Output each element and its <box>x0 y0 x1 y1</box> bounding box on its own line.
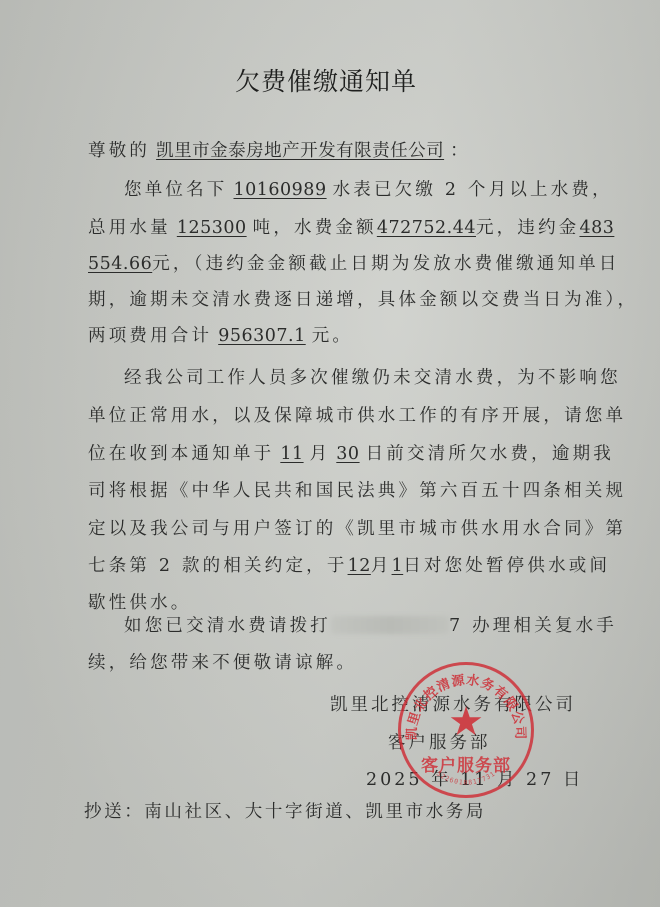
text: 水表已欠缴 2 个月以上水费， <box>333 180 613 200</box>
total-amount: 956307.1 <box>212 326 312 346</box>
text: 日前交清所欠水费，逾期我 <box>366 444 614 464</box>
text: 日对您处暂停供水或间 <box>403 556 610 576</box>
para1-line2: 总用水量125300吨，水费金额472752.44元，违约金483 <box>88 214 614 239</box>
penalty-amount-part2: 554.66 <box>88 254 152 274</box>
document-title: 欠费催缴通知单 <box>0 62 652 98</box>
text: 您单位名下 <box>124 180 228 200</box>
para3-line1: 如您已交清水费请拨打7 办理相关复水手 <box>124 612 617 637</box>
cc-recipients: 抄送：南山社区、大十字街道、凯里市水务局 <box>84 798 486 823</box>
text: 位在收到本通知单于 <box>88 444 274 464</box>
penalty-amount-part1: 483 <box>579 218 614 238</box>
suspend-month: 12 <box>348 556 371 576</box>
seal-center-text: 客户服务部 <box>401 751 531 776</box>
text: 两项费用合计 <box>88 326 212 346</box>
para2-line4: 司将根据《中华人民共和国民法典》第六百五十四条相关规 <box>88 477 626 502</box>
official-seal: 凯里北控清源水务有限公司 5226018817731 ★ 客户服务部 <box>398 662 534 798</box>
phone-tail: 7 <box>449 616 463 636</box>
para1-line5: 两项费用合计956307.1元。 <box>88 322 353 347</box>
text: 如您已交清水费请拨打 <box>124 616 331 636</box>
text: 七条第 2 款的相关约定，于 <box>88 556 348 576</box>
para2-line5: 定以及我公司与用户签订的《凯里市城市供水用水合同》第 <box>88 515 626 540</box>
text: 元，（违约金金额截止日期为发放水费催缴通知单日 <box>152 254 619 274</box>
salutation-suffix: ： <box>450 141 471 161</box>
recipient-name: 凯里市金泰房地产开发有限责任公司 <box>150 141 450 161</box>
text: 元。 <box>312 326 353 346</box>
para1-line4: 期，逾期未交清水费逐日递增，具体金额以交费当日为准）， <box>88 286 638 311</box>
text: 办理相关复水手 <box>472 616 617 636</box>
redacted-phone-number <box>331 616 449 634</box>
deadline-month: 11 <box>274 444 309 464</box>
salutation: 尊敬的凯里市金泰房地产开发有限责任公司： <box>88 137 471 162</box>
para2-line1: 经我公司工作人员多次催缴仍未交清水费，为不影响您 <box>124 364 621 389</box>
text: 总用水量 <box>88 218 171 238</box>
salutation-prefix: 尊敬的 <box>88 141 150 161</box>
para2-line2: 单位正常用水，以及保障城市供水工作的有序开展，请您单 <box>88 402 626 427</box>
text: 元，违约金 <box>476 218 580 238</box>
text: 吨，水费金额 <box>253 218 377 238</box>
star-icon: ★ <box>448 702 484 742</box>
para2-line7: 歇性供水。 <box>88 589 192 614</box>
water-fee-amount: 472752.44 <box>377 218 476 238</box>
deadline-day: 30 <box>330 444 365 464</box>
para2-line6: 七条第 2 款的相关约定，于12月1日对您处暂停供水或间 <box>88 552 610 577</box>
suspend-day: 1 <box>392 556 404 576</box>
para1-line1: 您单位名下10160989水表已欠缴 2 个月以上水费， <box>124 176 613 201</box>
meter-number: 10160989 <box>228 180 333 200</box>
total-water-volume: 125300 <box>171 218 253 238</box>
text: 月 <box>371 556 392 576</box>
text: 月 <box>310 444 331 464</box>
para1-line3: 554.66元，（违约金金额截止日期为发放水费催缴通知单日 <box>88 250 620 275</box>
para2-line3: 位在收到本通知单于11月30日前交清所欠水费，逾期我 <box>88 440 614 465</box>
para3-line2: 续，给您带来不便敬请谅解。 <box>88 649 357 674</box>
